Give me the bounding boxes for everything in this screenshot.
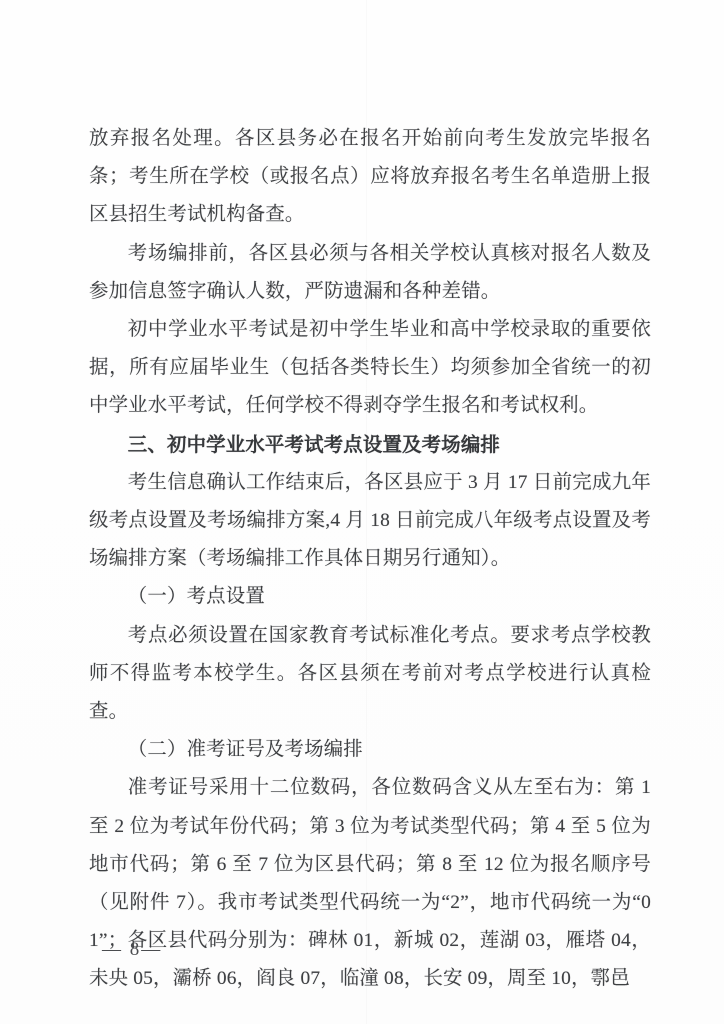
paragraph-schedule-deadlines: 考生信息确认工作结束后，各区县应于 3 月 17 日前完成九年级考点设置及考场编… [89, 464, 651, 579]
paragraph-registration-abandon: 放弃报名处理。各区县务必在报名开始前向考生发放完毕报名条；考生所在学校（或报名点… [89, 120, 651, 235]
paragraph-standardized-sites: 考点必须设置在国家教育考试标准化考点。要求考点学校教师不得监考本校学生。各区县须… [89, 617, 651, 732]
subsection-heading-admission-ticket-number: （二）准考证号及考场编排 [89, 731, 651, 769]
paragraph-ticket-number-coding: 准考证号采用十二位数码，各位数码含义从左至右为：第 1 至 2 位为考试年份代码… [89, 769, 651, 998]
page-number: — 8— [102, 936, 162, 964]
document-body: 放弃报名处理。各区县务必在报名开始前向考生发放完毕报名条；考生所在学校（或报名点… [89, 120, 651, 999]
subsection-heading-exam-site-setup: （一）考点设置 [89, 578, 651, 616]
document-page: 放弃报名处理。各区县务必在报名开始前向考生发放完毕报名条；考生所在学校（或报名点… [0, 0, 724, 1024]
paragraph-precheck-counts: 考场编排前，各区县必须与各相关学校认真核对报名人数及参加信息签字确认人数，严防遗… [89, 235, 651, 311]
paragraph-exam-importance: 初中学业水平考试是初中学生毕业和高中学校录取的重要依据，所有应届毕业生（包括各类… [89, 311, 651, 426]
section-heading-exam-site-arrangement: 三、初中学业水平考试考点设置及考场编排 [89, 426, 651, 464]
